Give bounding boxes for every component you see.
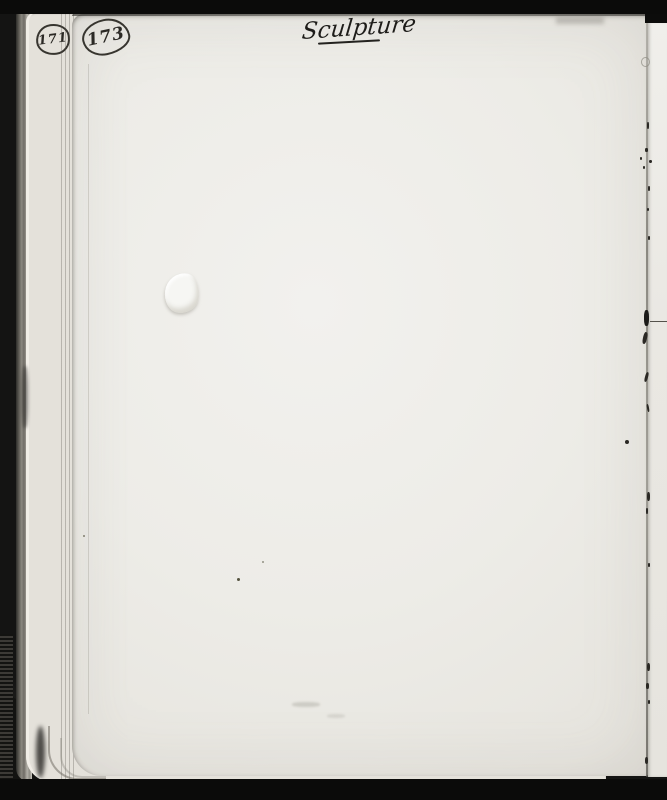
paper-flaw <box>162 271 201 315</box>
album-page-photograph: 171 173 Sculpture <box>0 0 667 800</box>
ink-speck <box>647 663 650 671</box>
ink-speck <box>647 208 649 211</box>
ring-mark <box>641 57 650 67</box>
ink-smudge <box>36 726 45 778</box>
ink-speck <box>644 310 649 326</box>
photo-top-band <box>0 0 667 14</box>
ink-speck <box>647 492 650 501</box>
ink-speck <box>640 157 642 160</box>
ink-speck <box>645 148 648 152</box>
ink-smudge <box>22 366 28 428</box>
page-number-171-text: 171 <box>37 30 69 49</box>
ink-speck <box>648 236 650 240</box>
ink-speck <box>646 683 649 689</box>
pencil-line <box>650 321 667 322</box>
ink-speck <box>648 700 650 704</box>
page-number-173-text: 173 <box>85 23 127 51</box>
ink-speck <box>648 563 650 567</box>
ink-speck <box>645 757 648 764</box>
ink-speck <box>648 186 650 191</box>
paper-crease <box>88 64 89 714</box>
circled-page-number-173: 173 <box>79 14 133 59</box>
circled-page-number-171: 171 <box>34 22 72 57</box>
ink-speck <box>646 508 648 514</box>
photo-bottom-band <box>0 779 667 800</box>
paper-speck <box>237 578 240 581</box>
pencil-smudge <box>292 702 320 707</box>
shadow-smudge <box>556 17 604 24</box>
paper-speck <box>83 535 85 537</box>
ink-speck <box>625 440 629 444</box>
ink-speck <box>649 160 652 163</box>
photo-top-band-notch <box>645 14 667 23</box>
ink-speck <box>647 122 649 129</box>
ink-speck <box>643 166 645 169</box>
binding-edge-texture <box>0 634 13 780</box>
pencil-smudge <box>327 714 345 718</box>
paper-speck <box>262 561 264 563</box>
facing-page-sliver <box>648 22 667 777</box>
main-page: 173 Sculpture <box>72 14 648 776</box>
